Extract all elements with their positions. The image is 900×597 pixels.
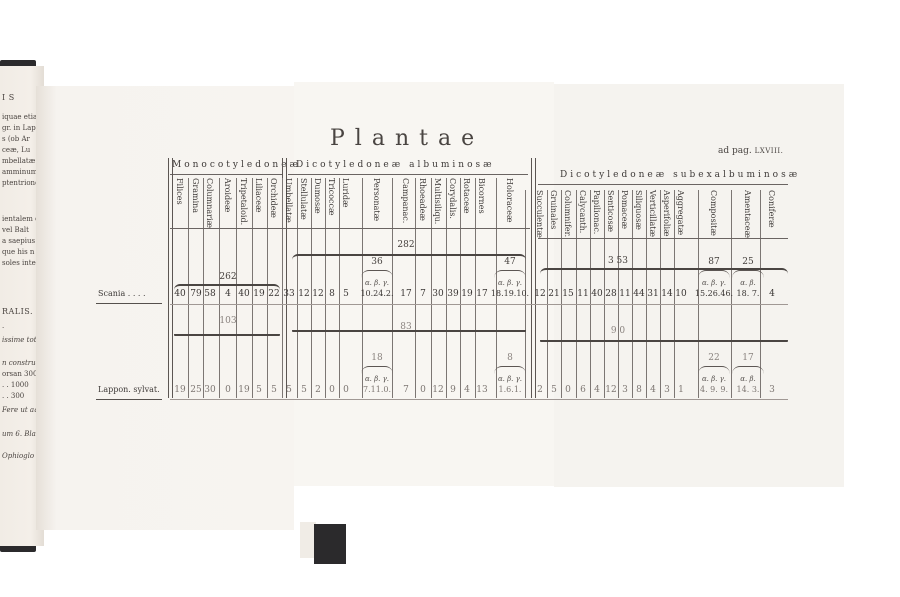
table-cell: 5 <box>336 289 356 299</box>
page-ref-prefix: ad pag. <box>718 146 752 156</box>
row-underline <box>96 399 162 400</box>
group-brace <box>292 254 526 260</box>
column-header: Aggregatæ <box>676 190 685 235</box>
table-cell: 10.24.2. <box>355 289 399 298</box>
column-divider-line <box>446 178 447 398</box>
column-header: Compositæ <box>709 190 718 236</box>
column-header: Rhoeadeæ <box>418 178 427 221</box>
column-divider-line <box>392 178 393 398</box>
column-header: Tripetaloid. <box>239 178 248 225</box>
header-bottom-rule <box>538 238 788 239</box>
table-cell: 58 <box>200 289 220 299</box>
subgroup-total: 18 <box>355 353 399 363</box>
column-header: Luridæ <box>341 178 350 208</box>
subgroup-greek-label: α. β. <box>726 375 770 383</box>
column-divider-line <box>475 178 476 398</box>
column-header: Stellulatæ <box>299 178 308 220</box>
group-total-dicot-subexalbuminosae: 9 0 <box>598 326 638 336</box>
column-header: Liliaceæ <box>254 178 263 213</box>
column-divider-line <box>362 178 363 398</box>
brace-mark <box>494 270 526 279</box>
column-header: Bicornes <box>477 178 486 214</box>
group-total-monocot: 103 <box>208 316 248 326</box>
column-group-header: Dicotyledoneæ albuminosæ <box>296 160 495 170</box>
column-header: Aroideæ <box>223 178 232 212</box>
group-total-dicot-albuminosae: 282 <box>386 240 426 250</box>
group-total-monocot: 262 <box>208 272 248 282</box>
column-header: Filices <box>175 178 184 205</box>
column-divider-line <box>415 178 416 398</box>
page-ref-numeral: LXVIII. <box>755 147 784 155</box>
column-header: Gramina <box>191 178 200 213</box>
column-header: Umbellatæ <box>284 178 293 223</box>
table-cell: 7.11.0. <box>355 385 399 394</box>
table-cell: 4 <box>762 289 782 299</box>
column-divider-line <box>297 178 298 398</box>
subgroup-total: 17 <box>726 353 770 363</box>
brace-mark <box>732 366 764 375</box>
table-cell: 1.6.1. <box>488 385 532 394</box>
subgroup-total: 8 <box>488 353 532 363</box>
column-divider-line <box>460 178 461 398</box>
column-header: Senticosæ <box>606 190 615 232</box>
column-divider-line <box>311 178 312 398</box>
group-brace <box>292 330 526 336</box>
header-bottom-rule <box>170 228 530 229</box>
column-header: Holoraceæ <box>505 178 514 223</box>
group-underline <box>170 174 282 175</box>
column-header: Orchideæ <box>269 178 278 218</box>
table-cell: 30 <box>200 385 220 395</box>
brace-mark <box>361 366 393 375</box>
column-header: Campanac. <box>401 178 410 223</box>
column-header: Gruinales <box>549 190 558 229</box>
column-header: Columnariæ <box>205 178 214 228</box>
brace-mark <box>361 270 393 279</box>
group-brace <box>174 284 280 290</box>
group-underline <box>538 184 788 185</box>
column-header: Multisiliqu. <box>433 178 442 224</box>
column-header: Dumosæ <box>313 178 322 214</box>
column-header: Asperifoliæ <box>662 190 671 237</box>
column-header: Personatæ <box>372 178 381 221</box>
column-header: Columnifer. <box>563 190 572 237</box>
subgroup-greek-label: α. β. γ. <box>488 279 532 287</box>
row-underline <box>96 303 162 304</box>
row-bottom-rule <box>170 304 788 305</box>
row-bottom-rule <box>170 399 788 400</box>
column-divider-line <box>325 178 326 398</box>
row-label: Lappon. sylvat. <box>98 385 160 394</box>
column-header: Tricoccæ <box>327 178 336 216</box>
subgroup-greek-label: α. β. γ. <box>355 375 399 383</box>
subgroup-greek-label: α. β. γ. <box>488 375 532 383</box>
row-label: Scania . . . . <box>98 289 146 298</box>
table-cell: 1 <box>671 385 691 395</box>
column-divider-line <box>339 178 340 398</box>
brace-mark <box>698 366 730 375</box>
column-header: Calycanth. <box>578 190 587 233</box>
table-cell: 10 <box>671 289 691 299</box>
column-header: Verticillatæ <box>648 190 657 237</box>
subgroup-greek-label: α. β. γ. <box>355 279 399 287</box>
column-header: Pomaceæ <box>620 190 629 229</box>
group-underline <box>288 174 528 175</box>
column-divider-line <box>282 178 283 398</box>
subgroup-total: 25 <box>726 257 770 267</box>
group-brace <box>174 334 280 340</box>
table-title: Plantae <box>330 126 484 151</box>
table-cell: 0 <box>336 385 356 395</box>
group-brace <box>540 340 788 346</box>
column-header: Succulentæ <box>535 190 544 238</box>
column-header: Coniferæ <box>767 190 776 228</box>
table-cell: 3 <box>762 385 782 395</box>
book-spine-bottom <box>314 524 346 564</box>
column-header: Amentaceæ <box>743 190 752 238</box>
column-divider-line <box>431 178 432 398</box>
group-brace <box>540 268 788 274</box>
column-group-header: Dicotyledoneæ subexalbuminosæ <box>560 170 800 180</box>
column-header: Rotaceæ <box>462 178 471 214</box>
column-divider-line <box>496 178 497 398</box>
foldout-panel-left <box>36 86 294 530</box>
subgroup-greek-label: α. β. <box>726 279 770 287</box>
brace-mark <box>494 366 526 375</box>
column-header: Siliquosæ <box>634 190 643 230</box>
column-header: Corydalis. <box>448 178 457 219</box>
page-reference: ad pag. LXVIII. <box>718 146 783 156</box>
column-header: Papilionac. <box>592 190 601 234</box>
group-total-dicot-subexalbuminosae: 3 53 <box>598 256 638 266</box>
table-cell: 18.19.10. <box>488 289 532 298</box>
group-divider-line <box>168 158 173 398</box>
